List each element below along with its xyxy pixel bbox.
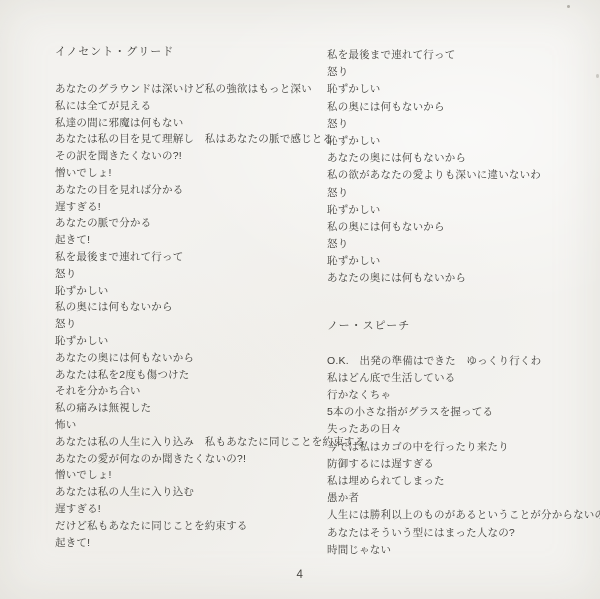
lyric-line: 憎いでしょ! (55, 165, 325, 182)
lyric-line: 私の奥には何もないから (55, 299, 325, 316)
lyric-line: 私の痛みは無視した (55, 400, 325, 417)
lyric-line: 時間じゃない (327, 542, 595, 559)
lyric-line: 私はどん底で生活している (327, 370, 595, 387)
lyric-line: 私には全てが見える (55, 98, 325, 115)
lyric-line: 怒り (327, 116, 595, 133)
lyric-line: あなたの目を見れば分かる (55, 182, 325, 199)
lyric-line: あなたは私の人生に入り込む (55, 484, 325, 501)
lyric-line: それを分かち合い (55, 383, 325, 400)
lyric-line: 今では私はカゴの中を行ったり来たり (327, 439, 595, 456)
lyric-line: あなたの奥には何もないから (55, 350, 325, 367)
lyric-line: 恥ずかしい (327, 253, 595, 270)
lyric-line: 失ったあの日々 (327, 421, 595, 438)
lyric-line: 私の奥には何もないから (327, 219, 595, 236)
scan-speck (567, 5, 570, 8)
lyrics-block-innocent-greed-continued: 私を最後まで連れて行って怒り恥ずかしい私の奥には何もないから怒り恥ずかしいあなた… (327, 47, 595, 288)
lyric-line: 私を最後まで連れて行って (55, 249, 325, 266)
lyrics-block-no-speech: O.K. 出発の準備はできた ゆっくり行くわ私はどん底で生活している行かなくちゃ… (327, 353, 595, 559)
lyric-line: 怒り (327, 236, 595, 253)
page-number: 4 (0, 569, 600, 581)
lyric-line: あなたの奥には何もないから (327, 150, 595, 167)
lyric-line: 起きて! (55, 232, 325, 249)
lyrics-column-right: 私を最後まで連れて行って怒り恥ずかしい私の奥には何もないから怒り恥ずかしいあなた… (327, 47, 595, 559)
lyric-line: 怒り (55, 266, 325, 283)
lyric-line: その訳を聞きたくないの?! (55, 148, 325, 165)
lyric-line: 恥ずかしい (327, 202, 595, 219)
lyric-line: 怖い (55, 417, 325, 434)
lyric-line: 怒り (327, 64, 595, 81)
booklet-lyrics-page: イノセント・グリード あなたのグラウンドは深いけど私の強欲はもっと深い私には全て… (0, 0, 600, 599)
lyric-line: 遅すぎる! (55, 199, 325, 216)
lyric-line: 私は埋められてしまった (327, 473, 595, 490)
lyric-line: あなたはそういう型にはまった人なの? (327, 525, 595, 542)
lyric-line: 遅すぎる! (55, 501, 325, 518)
lyric-line: あなたは私の人生に入り込み 私もあなたに同じことを約束する (55, 434, 325, 451)
scan-speck (596, 74, 599, 78)
lyric-line: 私の奥には何もないから (327, 99, 595, 116)
lyrics-block-innocent-greed: あなたのグラウンドは深いけど私の強欲はもっと深い私には全てが見える私達の間に邪魔… (55, 81, 325, 551)
lyric-line: あなたの愛が何なのか聞きたくないの?! (55, 451, 325, 468)
lyric-line: 怒り (55, 316, 325, 333)
song-title-no-speech: ノー・スピーチ (327, 318, 595, 335)
lyric-line: 愚か者 (327, 490, 595, 507)
lyric-line: だけど私もあなたに同じことを約束する (55, 518, 325, 535)
lyric-line: あなたは私の目を見て理解し 私はあなたの脈で感じとる (55, 131, 325, 148)
lyrics-column-left: イノセント・グリード あなたのグラウンドは深いけど私の強欲はもっと深い私には全て… (55, 44, 325, 551)
lyric-line: 私達の間に邪魔は何もない (55, 115, 325, 132)
lyric-line: 恥ずかしい (55, 283, 325, 300)
lyric-line: 恥ずかしい (55, 333, 325, 350)
lyric-line: 恥ずかしい (327, 81, 595, 98)
lyric-line: あなたは私を2度も傷つけた (55, 367, 325, 384)
lyric-line: 起きて! (55, 535, 325, 552)
lyric-line: 私の欲があなたの愛よりも深いに違いないわ (327, 167, 595, 184)
lyric-line: 憎いでしょ! (55, 467, 325, 484)
lyric-line: 怒り (327, 185, 595, 202)
lyric-line: 人生には勝利以上のものがあるということが分からないの?! (327, 507, 595, 524)
lyric-line: 恥ずかしい (327, 133, 595, 150)
lyric-line: 5本の小さな指がグラスを握ってる (327, 404, 595, 421)
lyric-line: あなたの奥には何もないから (327, 270, 595, 287)
lyric-line: 行かなくちゃ (327, 387, 595, 404)
lyric-line: 防御するには遅すぎる (327, 456, 595, 473)
lyric-line: O.K. 出発の準備はできた ゆっくり行くわ (327, 353, 595, 370)
lyric-line: あなたのグラウンドは深いけど私の強欲はもっと深い (55, 81, 325, 98)
song-title-innocent-greed: イノセント・グリード (55, 44, 325, 61)
lyric-line: あなたの脈で分かる (55, 215, 325, 232)
lyric-line: 私を最後まで連れて行って (327, 47, 595, 64)
